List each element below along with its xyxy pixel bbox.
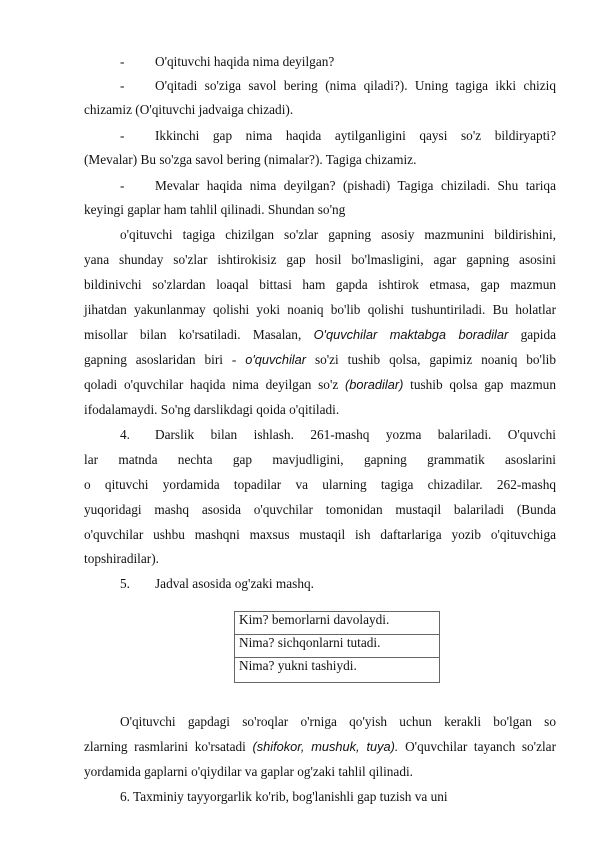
paragraph-line: jihatdan yakunlanmay qolishi yoki noaniq… — [84, 300, 556, 320]
paragraph-line: qoladi o'quvchilar haqida nima deyilgan … — [84, 375, 556, 395]
exercise-table: Kim? bemorlarni davolaydi. Nima? sichqon… — [234, 611, 440, 683]
paragraph-line: yuqoridagi mashq asosida o'quvchilar tom… — [84, 500, 556, 520]
bullet-item: - Ikkinchi gap nima haqida aytilganligin… — [84, 126, 556, 146]
paragraph-line: o'quvchilar ushbu mashqni maxsus mustaqi… — [84, 525, 556, 545]
bullet-marker: - — [120, 76, 124, 96]
italic-example: O'quvchilar maktabga boradilar — [314, 327, 509, 342]
paragraph-line: gapning asoslaridan biri - o'quvchilar s… — [84, 350, 556, 370]
item-number: 5. — [120, 574, 130, 594]
bullet-marker: - — [120, 126, 124, 146]
bullet-item: - O'qitadi so'ziga savol bering (nima qi… — [84, 76, 556, 96]
item-text: Jadval asosida og'zaki mashq. — [155, 574, 556, 594]
paragraph-line: bildinivchi so'zlardan loaqal bittasi ha… — [84, 275, 556, 295]
bullet-text: Mevalar haqida nima deyilgan? (pishadi) … — [155, 176, 556, 196]
bullet-text: Ikkinchi gap nima haqida aytilganligini … — [155, 126, 556, 146]
paragraph-line: O'qituvchi gapdagi so'roqlar o'rniga qo'… — [84, 712, 556, 732]
item-text: Darslik bilan ishlash. 261-mashq yozma b… — [155, 425, 556, 445]
item-number: 4. — [120, 425, 130, 445]
paragraph-line: ifodalamaydi. So'ng darslikdagi qoida o'… — [84, 400, 556, 420]
table-cell: Kim? bemorlarni davolaydi. — [235, 612, 440, 635]
bullet-marker: - — [120, 52, 124, 72]
table-cell: Nima? sichqonlarni tutadi. — [235, 635, 440, 658]
paragraph-line: zlarning rasmlarini ko'rsatadi (shifokor… — [84, 737, 556, 757]
bullet-item: - Mevalar haqida nima deyilgan? (pishadi… — [84, 176, 556, 196]
numbered-item-5: 5. Jadval asosida og'zaki mashq. — [84, 574, 556, 594]
bullet-continuation: chizamiz (O'qituvchi jadvaiga chizadi). — [84, 100, 556, 120]
paragraph-line: topshiradilar). — [84, 549, 556, 569]
table-row: Nima? yukni tashiydi. — [235, 658, 440, 683]
bullet-continuation: (Mevalar) Bu so'zga savol bering (nimala… — [84, 150, 556, 170]
bullet-text: O'qitadi so'ziga savol bering (nima qila… — [155, 76, 556, 96]
italic-examples: (shifokor, mushuk, tuya). — [252, 739, 398, 754]
numbered-item-6: 6. Taxminiy tayyorgarlik ko'rib, bog'lan… — [84, 787, 556, 807]
paragraph-line: yordamida gaplarni o'qiydilar va gaplar … — [84, 762, 556, 782]
bullet-continuation: keyingi gaplar ham tahlil qilinadi. Shun… — [84, 200, 556, 220]
paragraph-line: yana shunday so'zlar ishtirokisiz gap ho… — [84, 250, 556, 270]
paragraph-line: misollar bilan ko'rsatiladi. Masalan, O'… — [84, 325, 556, 345]
italic-word: o'quvchilar — [245, 352, 306, 367]
bullet-text: O'qituvchi haqida nima deyilgan? — [155, 52, 556, 72]
table-cell: Nima? yukni tashiydi. — [235, 658, 440, 683]
table-row: Nima? sichqonlarni tutadi. — [235, 635, 440, 658]
bullet-marker: - — [120, 176, 124, 196]
table-row: Kim? bemorlarni davolaydi. — [235, 612, 440, 635]
paragraph-line: o qituvchi yordamida topadilar va ularni… — [84, 475, 556, 495]
italic-word: (boradilar) — [345, 377, 403, 392]
numbered-item-4: 4. Darslik bilan ishlash. 261-mashq yozm… — [84, 425, 556, 445]
paragraph-line: lar matnda nechta gap mavjudligini, gapn… — [84, 450, 556, 470]
paragraph-line: o'qituvchi tagiga chizilgan so'zlar gapn… — [84, 225, 556, 245]
bullet-item: - O'qituvchi haqida nima deyilgan? — [84, 52, 556, 72]
